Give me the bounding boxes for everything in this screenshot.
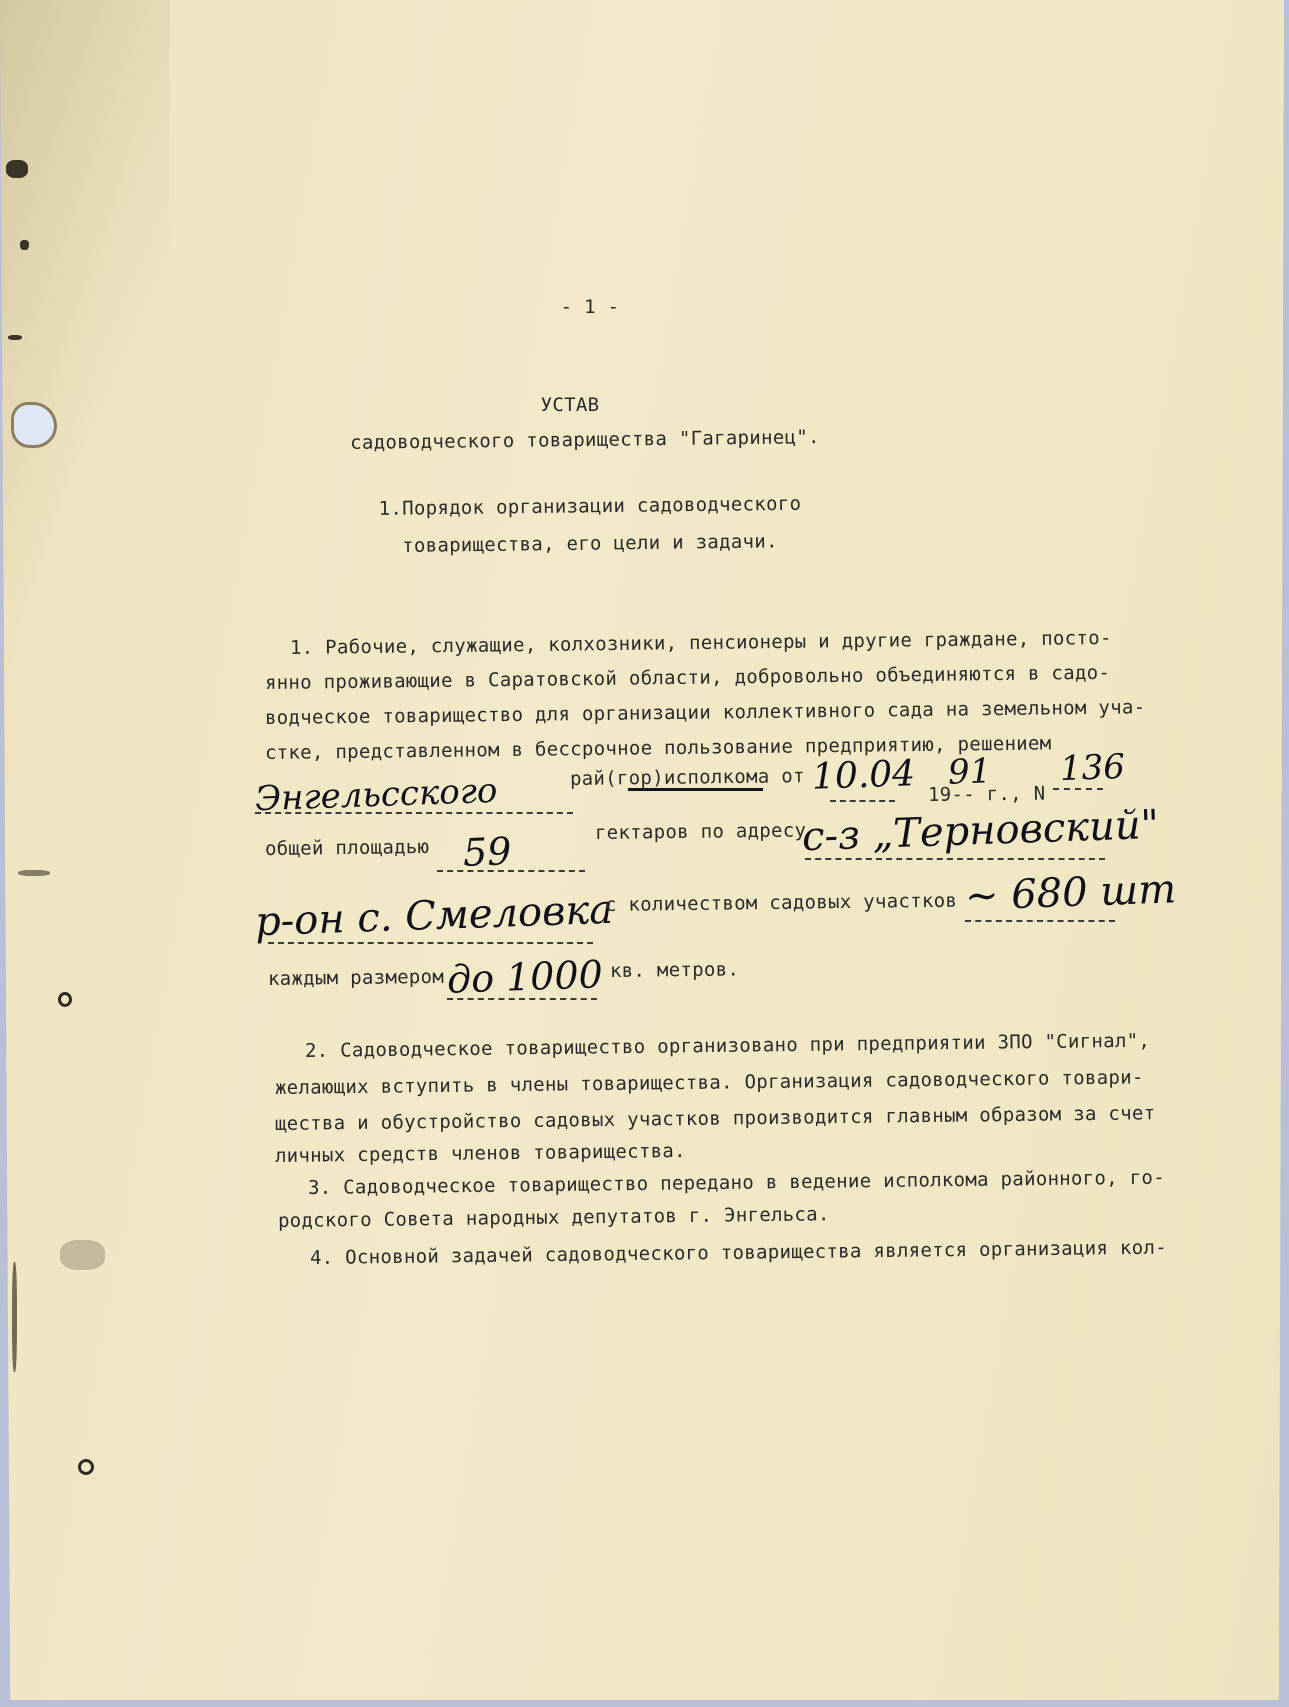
ispolkom-underline — [628, 788, 763, 791]
document-subtitle: садоводческого товарищества "Гагаринец". — [340, 426, 830, 454]
paragraph2-line2: желающих вступить в члены товарищества. … — [275, 1066, 1144, 1099]
paragraph4-line1: 4. Основной задачей садоводческого товар… — [310, 1237, 1167, 1269]
handwritten-plots-count: ~ 680 шт — [964, 866, 1177, 919]
handwritten-address: с-з „Терновский" — [801, 802, 1159, 860]
binder-hole — [78, 1459, 94, 1475]
section-heading-line1: 1.Порядок организации садоводческого — [370, 493, 810, 520]
section-heading-line2: товарищества, его цели и задачи. — [400, 530, 780, 557]
plots-blank — [965, 920, 1115, 922]
area-label: общей площадью — [265, 836, 430, 860]
binder-hole-mark — [8, 335, 22, 340]
council-blank — [255, 812, 573, 814]
paragraph1-line3: водческое товарищество для организации к… — [265, 696, 1146, 729]
size-blank — [447, 998, 597, 1000]
handwritten-number: 136 — [1059, 747, 1125, 789]
hectares-label: гектаров по адресу — [595, 819, 807, 844]
binder-hole-mark — [12, 1262, 17, 1372]
binder-hole-mark — [18, 870, 50, 876]
binder-hole-mark — [20, 240, 29, 250]
paragraph1-line1: 1. Рабочие, служащие, колхозники, пенсио… — [290, 627, 1112, 659]
paragraph2-line1: 2. Садоводческое товарищество организова… — [305, 1030, 1150, 1062]
binder-hole — [58, 992, 72, 1007]
paragraph1-line4: стке, представленном в бессрочное пользо… — [265, 732, 1052, 764]
size-unit: кв. метров. — [610, 958, 739, 982]
paragraph2-line4: личных средств членов товарищества. — [275, 1140, 686, 1167]
paragraph3-line2: родского Совета народных депутатов г. Эн… — [278, 1203, 830, 1232]
handwritten-plot-size: до 1000 — [446, 952, 603, 1001]
paper-tear — [14, 405, 54, 445]
date-blank — [830, 800, 895, 802]
paper-smudge — [60, 1240, 105, 1270]
handwritten-district: р-он с. Смеловка — [254, 887, 613, 945]
handwritten-date: 10.04 — [811, 753, 915, 798]
paragraph1-line2: янно проживающие в Саратовской области, … — [265, 662, 1110, 694]
page-number: - 1 - — [540, 296, 640, 318]
document-page: - 1 - УСТАВ садоводческого товарищества … — [0, 0, 1284, 1700]
handwritten-area: 59 — [462, 829, 512, 875]
document-title: УСТАВ — [470, 394, 670, 416]
number-blank — [1053, 788, 1103, 790]
page-fold-shadow — [0, 0, 170, 600]
ispolkom-label: рай(гор)исполкома от — [570, 765, 805, 790]
paragraph2-line3: щества и обустройство садовых участков п… — [275, 1102, 1156, 1135]
handwritten-year: 91 — [947, 751, 992, 792]
district-blank — [268, 942, 593, 944]
area-blank — [437, 870, 585, 872]
paragraph3-line1: 3. Садоводческое товарищество передано в… — [308, 1167, 1165, 1199]
address-blank — [805, 858, 1105, 860]
size-label: каждым размером — [268, 966, 444, 990]
plots-label: с количеством садовых участков — [605, 890, 957, 916]
binder-hole-mark — [6, 160, 28, 178]
